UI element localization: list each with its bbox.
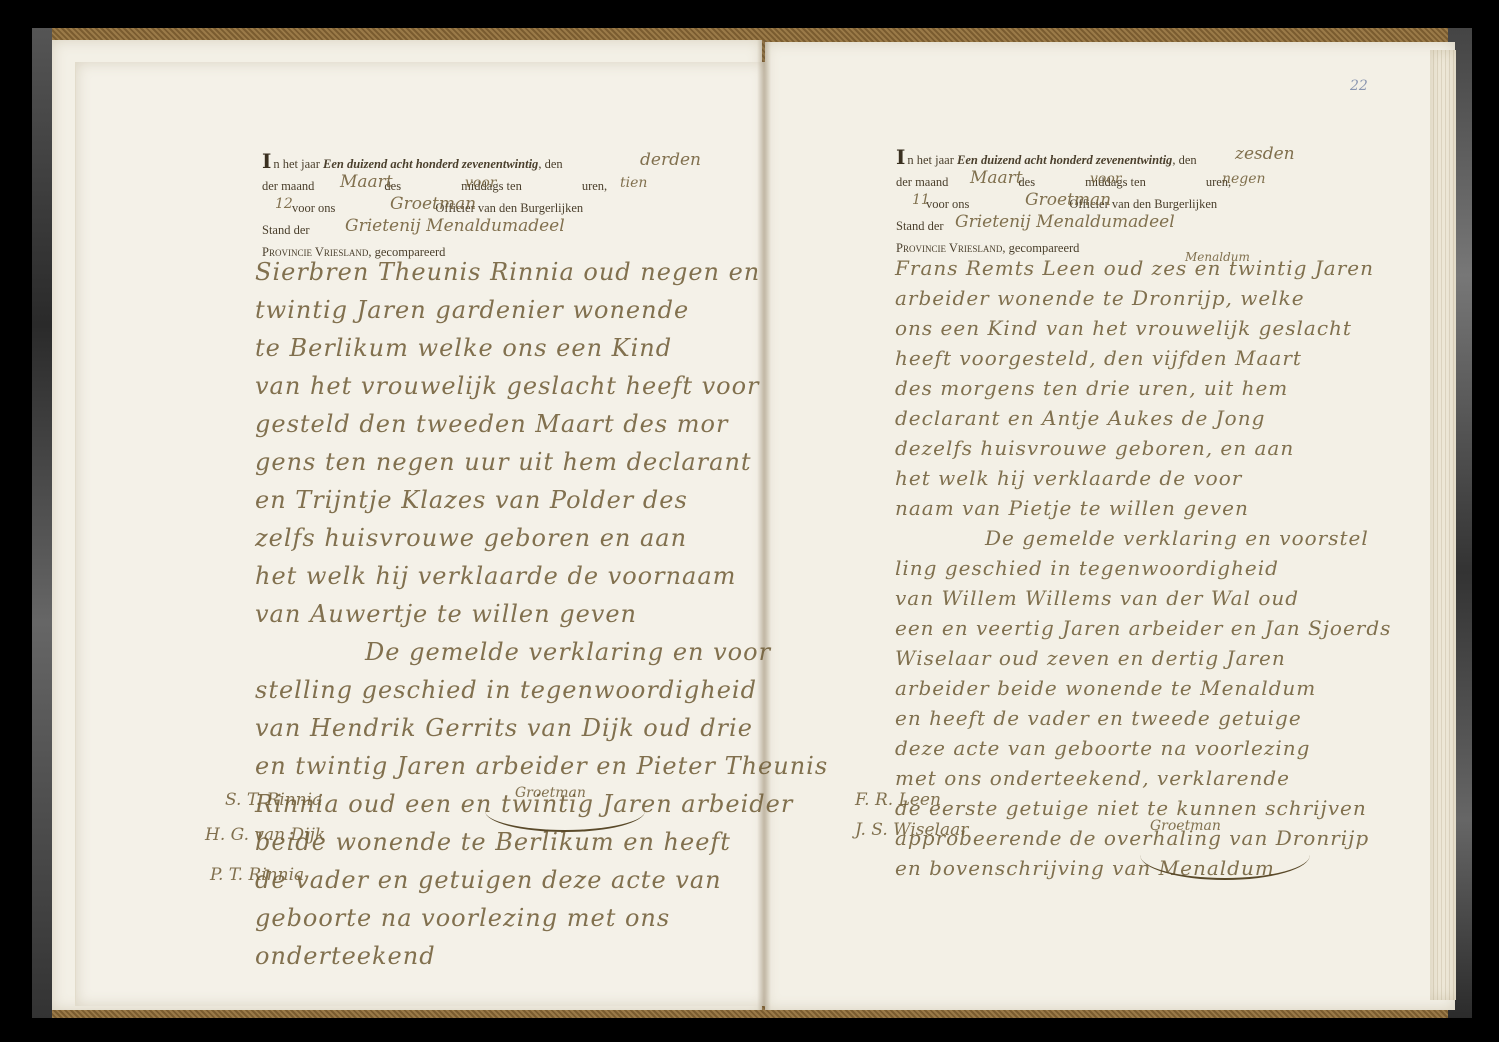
left-hour: tien xyxy=(620,175,647,191)
right-signature-2: J. S. Wiselaar xyxy=(855,820,968,840)
right-number: 11 xyxy=(912,192,930,208)
left-signature-2: H. G. van Dijk xyxy=(205,825,325,845)
left-day: derden xyxy=(640,150,701,170)
drop-cap: I xyxy=(896,145,905,169)
left-time-of-day: voor xyxy=(465,175,496,191)
right-day: zesden xyxy=(1235,144,1295,164)
right-official-flourish xyxy=(1140,830,1310,880)
right-time-of-day: voor xyxy=(1090,171,1121,187)
right-officer: Groetman xyxy=(1025,190,1111,210)
left-body-text: Sierbren Theunis Rinnia oud negen en twi… xyxy=(255,258,755,970)
left-number: 12 xyxy=(275,196,293,212)
left-official-flourish xyxy=(485,790,645,832)
right-month: Maart xyxy=(970,168,1023,188)
page-edges-right xyxy=(1430,50,1456,1000)
right-body-text: Frans Remts Leen oud zes en twintig Jare… xyxy=(895,256,1415,880)
left-officer: Groetman xyxy=(390,194,476,214)
right-hour: negen xyxy=(1222,171,1266,187)
left-month: Maart xyxy=(340,172,393,192)
right-signature-1: F. R. Leen xyxy=(855,790,941,810)
left-municipality: Grietenij Menaldumadeel xyxy=(345,216,565,236)
book-gutter xyxy=(757,40,771,1010)
right-municipality: Grietenij Menaldumadeel xyxy=(955,212,1175,232)
page-number: 22 xyxy=(1350,78,1368,94)
marbled-board-left xyxy=(32,28,52,1018)
drop-cap: I xyxy=(262,149,271,173)
left-signature-3: P. T. Rinnia xyxy=(210,865,304,885)
left-signature-1: S. T. Rinnia xyxy=(225,790,322,810)
